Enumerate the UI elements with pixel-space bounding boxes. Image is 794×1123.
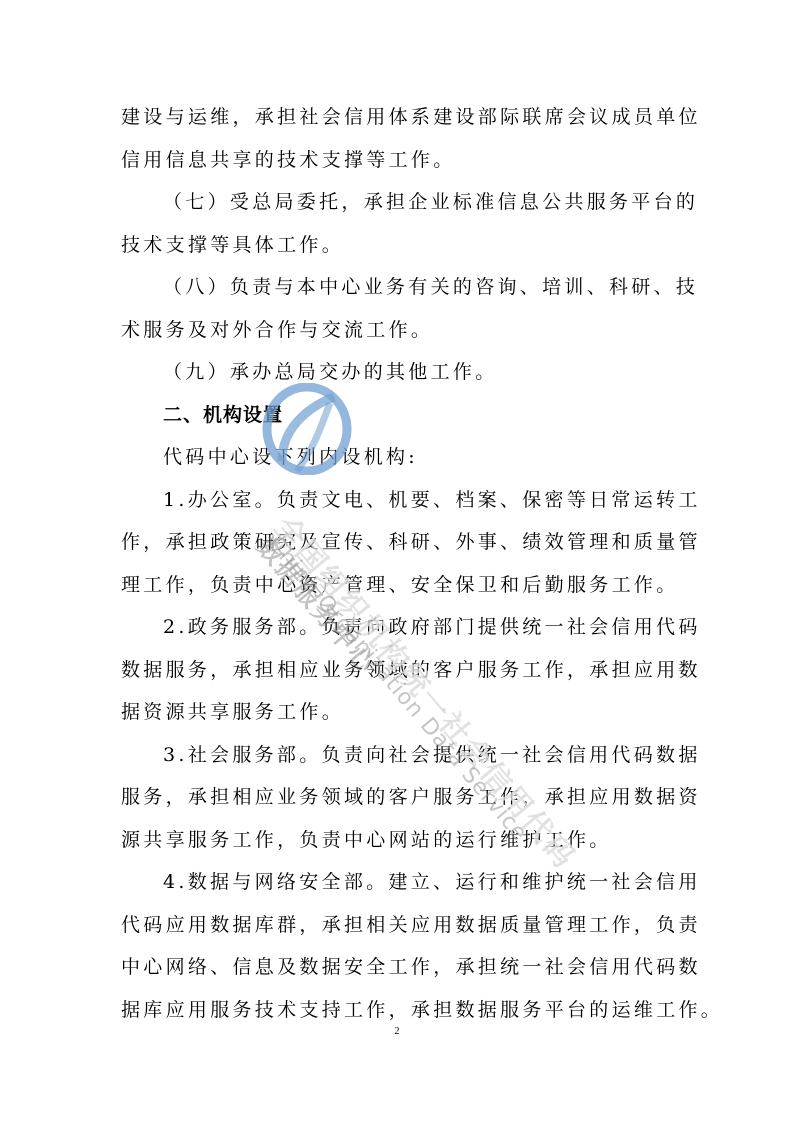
- text-line: 理工作，负责中心资产管理、安全保卫和后勤服务工作。: [121, 564, 676, 607]
- text-line: 作，承担政策研究及宣传、科研、外事、绩效管理和质量管: [121, 521, 676, 564]
- document-page: 建设与运维，承担社会信用体系建设部际联席会议成员单位 信用信息共享的技术支撑等工…: [0, 0, 794, 1123]
- text-line: 代码应用数据库群，承担相关应用数据质量管理工作，负责: [121, 904, 676, 947]
- section-heading: 二、机构设置: [121, 394, 676, 437]
- page-number: 2: [0, 1026, 794, 1037]
- paragraph-item-7: （七）受总局委托，承担企业标准信息公共服务平台的: [121, 181, 676, 224]
- text-line: 信用信息共享的技术支撑等工作。: [121, 139, 676, 182]
- text-line: 源共享服务工作，负责中心网站的运行维护工作。: [121, 819, 676, 862]
- dept-office: 1.办公室。负责文电、机要、档案、保密等日常运转工: [121, 479, 676, 522]
- text-line: 建设与运维，承担社会信用体系建设部际联席会议成员单位: [121, 96, 676, 139]
- section-intro: 代码中心设下列内设机构:: [121, 436, 676, 479]
- text-line: 中心网络、信息及数据安全工作，承担统一社会信用代码数: [121, 946, 676, 989]
- paragraph-item-8: （八）负责与本中心业务有关的咨询、培训、科研、技: [121, 266, 676, 309]
- dept-social-services: 3.社会服务部。负责向社会提供统一社会信用代码数据: [121, 734, 676, 777]
- paragraph-item-9: （九）承办总局交办的其他工作。: [121, 351, 676, 394]
- text-line: 术服务及对外合作与交流工作。: [121, 309, 676, 352]
- text-line: 服务，承担相应业务领域的客户服务工作，承担应用数据资: [121, 776, 676, 819]
- text-line: 技术支撑等具体工作。: [121, 224, 676, 267]
- dept-data-network-security: 4.数据与网络安全部。建立、运行和维护统一社会信用: [121, 861, 676, 904]
- document-body: 建设与运维，承担社会信用体系建设部际联席会议成员单位 信用信息共享的技术支撑等工…: [121, 96, 676, 1031]
- text-line: 据库应用服务技术支持工作，承担数据服务平台的运维工作。: [121, 989, 676, 1032]
